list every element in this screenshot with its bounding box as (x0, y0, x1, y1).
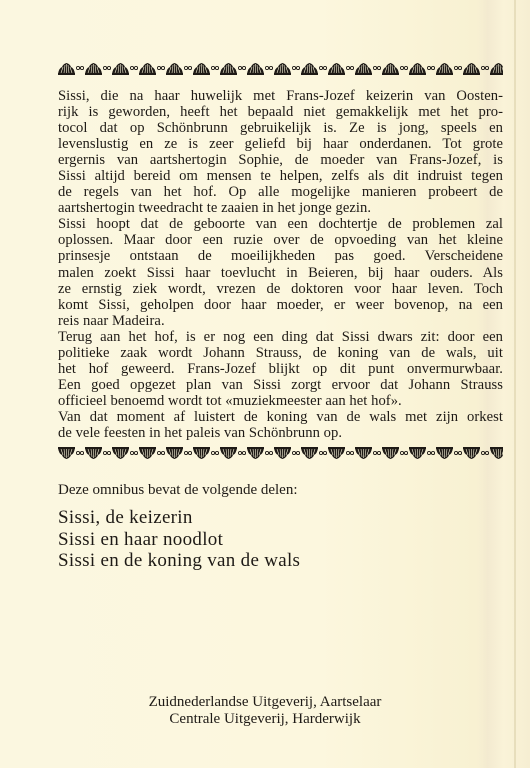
text-line: Sissi hoopt dat de geboorte van een doch… (58, 216, 503, 232)
fan-ornament-icon (354, 62, 373, 75)
chain-link-icon (103, 65, 111, 71)
fan-ornament-icon (381, 62, 400, 75)
fan-ornament-icon (462, 62, 481, 75)
fan-ornament-icon (192, 447, 211, 460)
chain-link-icon (481, 450, 489, 456)
text-line: de regels van het hof. Op alle mogelijke… (58, 184, 503, 200)
text-line: de vele feesten in het paleis van Schönb… (58, 425, 503, 441)
contents-title-3: Sissi en de koning van de wals (58, 550, 300, 572)
book-back-cover: Sissi, die na haar huwelijk met Frans-Jo… (0, 0, 530, 768)
text-line: rijk is geworden, heeft het bepaald niet… (58, 104, 503, 120)
text-line: prinsesje ontstaan de moeilijkheden pas … (58, 248, 503, 264)
fan-ornament-icon (489, 447, 503, 460)
text-line: Sissi altijd bereid om mensen te helpen,… (58, 168, 503, 184)
fan-ornament-icon (219, 447, 238, 460)
fan-ornament-icon (408, 62, 427, 75)
chain-link-icon (373, 450, 381, 456)
fan-ornament-icon (84, 447, 103, 460)
chain-link-icon (292, 65, 300, 71)
fan-ornament-icon (489, 62, 503, 75)
synopsis-paragraph-1: Sissi, die na haar huwelijk met Frans-Jo… (58, 88, 503, 216)
fan-ornament-icon (57, 62, 76, 75)
fan-ornament-icon (165, 62, 184, 75)
fan-ornament-icon (192, 62, 211, 75)
fan-ornament-icon (381, 447, 400, 460)
text-line: oplossen. Maar door een ruzie over de op… (58, 232, 503, 248)
chain-link-icon (454, 65, 462, 71)
fan-ornament-icon (300, 447, 319, 460)
chain-link-icon (184, 65, 192, 71)
fan-ornament-icon (354, 447, 373, 460)
fan-ornament-icon (84, 62, 103, 75)
chain-link-icon (76, 450, 84, 456)
chain-link-icon (427, 450, 435, 456)
text-line: officieel benoemd wordt tot «muziekmeest… (58, 393, 503, 409)
chain-link-icon (157, 450, 165, 456)
chain-link-icon (76, 65, 84, 71)
fan-ornament-icon (462, 447, 481, 460)
chain-link-icon (130, 450, 138, 456)
text-line: tocol dat op Schönbrunn gebruikelijk is.… (58, 120, 503, 136)
chain-link-icon (454, 450, 462, 456)
chain-link-icon (319, 450, 327, 456)
chain-link-icon (211, 450, 219, 456)
fan-ornament-icon (327, 447, 346, 460)
contents-title-2: Sissi en haar noodlot (58, 529, 300, 551)
bottom-ornament-border (57, 446, 503, 460)
text-line: Terug aan het hof, is er nog een ding da… (58, 329, 503, 345)
fan-ornament-icon (219, 62, 238, 75)
chain-link-icon (346, 65, 354, 71)
text-line: Van dat moment af luistert de koning van… (58, 409, 503, 425)
text-line: Een goed opgezet plan van Sissi zorgt er… (58, 377, 503, 393)
chain-link-icon (400, 450, 408, 456)
text-line: reis naar Madeira. (58, 313, 503, 329)
top-ornament-border (57, 61, 503, 75)
fan-ornament-icon (273, 447, 292, 460)
chain-link-icon (373, 65, 381, 71)
text-line: ergernis van aartshertogin Sophie, de mo… (58, 152, 503, 168)
chain-link-icon (265, 65, 273, 71)
publisher-2: Centrale Uitgeverij, Harderwijk (0, 711, 530, 728)
chain-link-icon (400, 65, 408, 71)
synopsis-text: Sissi, die na haar huwelijk met Frans-Jo… (58, 88, 503, 441)
chain-link-icon (103, 450, 111, 456)
chain-link-icon (292, 450, 300, 456)
text-line: politieke zaak wordt Johann Strauss, de … (58, 345, 503, 361)
fan-ornament-icon (165, 447, 184, 460)
chain-link-icon (184, 450, 192, 456)
publisher-1: Zuidnederlandse Uitgeverij, Aartselaar (0, 694, 530, 711)
fan-ornament-icon (111, 62, 130, 75)
chain-link-icon (238, 65, 246, 71)
contents-intro: Deze omnibus bevat de volgende delen: (58, 481, 298, 499)
text-line: ze ernstig ziek wordt, vrezen de doktore… (58, 281, 503, 297)
fan-ornament-icon (300, 62, 319, 75)
text-line: komt Sissi, geholpen door haar moeder, e… (58, 297, 503, 313)
publisher-imprint: Zuidnederlandse Uitgeverij, Aartselaar C… (0, 694, 530, 728)
fan-ornament-icon (327, 62, 346, 75)
contents-title-1: Sissi, de keizerin (58, 507, 300, 529)
text-line: Sissi, die na haar huwelijk met Frans-Jo… (58, 88, 503, 104)
text-line: malen zoekt Sissi haar toevlucht in Beie… (58, 265, 503, 281)
contents-title-list: Sissi, de keizerin Sissi en haar noodlot… (58, 507, 300, 572)
fan-ornament-icon (138, 62, 157, 75)
fan-ornament-icon (435, 62, 454, 75)
fan-ornament-icon (111, 447, 130, 460)
fan-ornament-icon (246, 447, 265, 460)
page-edge-shadow (514, 0, 516, 768)
chain-link-icon (130, 65, 138, 71)
text-line: het hof geweerd. Frans-Jozef blijkt op d… (58, 361, 503, 377)
chain-link-icon (157, 65, 165, 71)
fan-ornament-icon (435, 447, 454, 460)
chain-link-icon (265, 450, 273, 456)
fan-ornament-icon (57, 447, 76, 460)
chain-link-icon (481, 65, 489, 71)
text-line: aartshertogin tweedracht te zaaien in he… (58, 200, 503, 216)
chain-link-icon (346, 450, 354, 456)
chain-link-icon (319, 65, 327, 71)
text-line: levenslustig en ze is zeer geliefd bij h… (58, 136, 503, 152)
fan-ornament-icon (246, 62, 265, 75)
fan-ornament-icon (273, 62, 292, 75)
synopsis-paragraph-2: Sissi hoopt dat de geboorte van een doch… (58, 216, 503, 328)
fan-ornament-icon (408, 447, 427, 460)
chain-link-icon (427, 65, 435, 71)
chain-link-icon (238, 450, 246, 456)
fan-ornament-icon (138, 447, 157, 460)
chain-link-icon (211, 65, 219, 71)
synopsis-paragraph-3: Terug aan het hof, is er nog een ding da… (58, 329, 503, 441)
